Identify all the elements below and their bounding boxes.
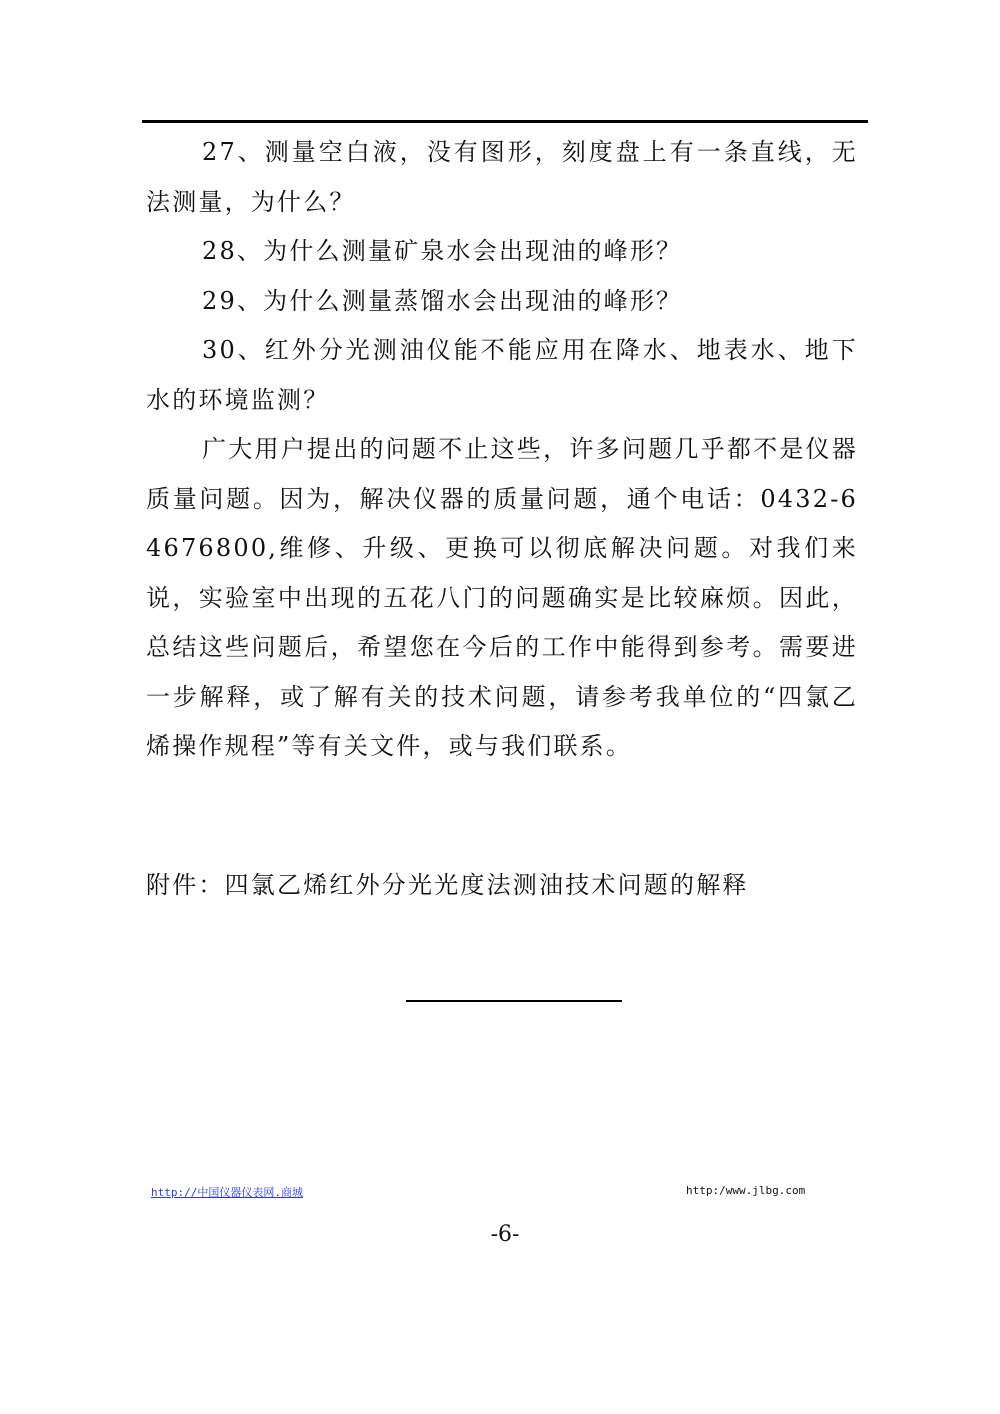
attachment-line: 附件：四氯乙烯红外分光光度法测油技术问题的解释 <box>146 861 749 910</box>
question-27: 27、测量空白液，没有图形，刻度盘上有一条直线，无法测量，为什么？ <box>146 128 858 227</box>
summary-paragraph: 广大用户提出的问题不止这些，许多问题几乎都不是仪器质量问题。因为，解决仪器的质量… <box>146 425 858 772</box>
question-30: 30、红外分光测油仪能不能应用在降水、地表水、地下水的环境监测？ <box>146 326 858 425</box>
question-28: 28、为什么测量矿泉水会出现油的峰形？ <box>146 227 858 277</box>
end-rule <box>406 1000 622 1002</box>
header-rule <box>142 120 868 123</box>
question-29: 29、为什么测量蒸馏水会出现油的峰形？ <box>146 277 858 327</box>
page-number: -6- <box>0 1222 1000 1247</box>
footer-link-website: http:/www.jlbg.com <box>686 1184 805 1197</box>
document-body: 27、测量空白液，没有图形，刻度盘上有一条直线，无法测量，为什么？ 28、为什么… <box>146 128 858 772</box>
footer-link-mall[interactable]: http://中国仪器仪表网.商城 <box>151 1184 303 1200</box>
